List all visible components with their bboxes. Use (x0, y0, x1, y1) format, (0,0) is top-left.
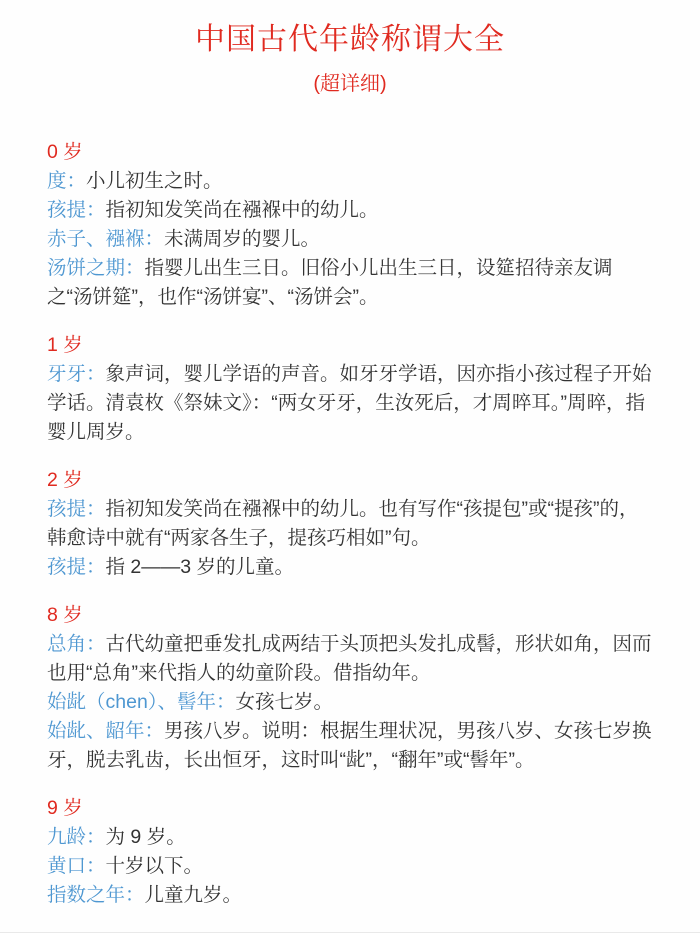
entry: 牙牙：象声词，婴儿学语的声音。如牙牙学语，因亦指小孩过程子开始学话。清袁枚《祭妹… (47, 360, 653, 447)
entry-term: 黄口： (47, 855, 106, 877)
entry-term: 指数之年： (47, 884, 145, 906)
entry: 汤饼之期：指婴儿出生三日。旧俗小儿出生三日，设筵招待亲友调之“汤饼筵”，也作“汤… (47, 254, 653, 312)
age-section: 0 岁 度：小儿初生之时。孩提：指初知发笑尚在襁褓中的幼儿。赤子、襁褓：未满周岁… (47, 138, 653, 312)
entry-text: 指初知发笑尚在襁褓中的幼儿。 (106, 199, 379, 221)
entry-term: 度： (47, 170, 86, 192)
section-age-heading: 9 岁 (47, 794, 653, 823)
entry-term: 汤饼之期： (47, 257, 145, 279)
section-age-heading: 8 岁 (47, 601, 653, 630)
entry-term: 总角： (47, 633, 106, 655)
age-section: 8 岁 总角：古代幼童把垂发扎成两结于头顶把头发扎成髻，形状如角，因而也用“总角… (47, 601, 653, 775)
entry-text: 未满周岁的婴儿。 (164, 228, 320, 250)
age-section: 1 岁 牙牙：象声词，婴儿学语的声音。如牙牙学语，因亦指小孩过程子开始学话。清袁… (47, 331, 653, 447)
entry-text: 小儿初生之时。 (86, 170, 223, 192)
entry: 始龀（chen）、髻年：女孩七岁。 (47, 688, 653, 717)
section-entries: 总角：古代幼童把垂发扎成两结于头顶把头发扎成髻，形状如角，因而也用“总角”来代指… (47, 630, 653, 775)
entry-text: 女孩七岁。 (236, 691, 334, 713)
entry-text: 指 2——3 岁的儿童。 (106, 556, 295, 578)
page-title: 中国古代年龄称谓大全 (47, 22, 653, 58)
entry-term: 孩提： (47, 556, 106, 578)
entry-term: 牙牙： (47, 363, 106, 385)
entry-term: 孩提： (47, 199, 106, 221)
entry-text: 为 9 岁。 (106, 826, 186, 848)
entry-term: 赤子、襁褓： (47, 228, 164, 250)
entry: 孩提：指 2——3 岁的儿童。 (47, 553, 653, 582)
entry-text: 象声词，婴儿学语的声音。如牙牙学语，因亦指小孩过程子开始学话。清袁枚《祭妹文》：… (47, 363, 652, 443)
section-age-heading: 1 岁 (47, 331, 653, 360)
page-subtitle: (超详细) (47, 72, 653, 96)
section-age-heading: 2 岁 (47, 466, 653, 495)
section-entries: 孩提：指初知发笑尚在襁褓中的幼儿。也有写作“孩提包”或“提孩”的，韩愈诗中就有“… (47, 495, 653, 582)
entry: 总角：古代幼童把垂发扎成两结于头顶把头发扎成髻，形状如角，因而也用“总角”来代指… (47, 630, 653, 688)
entry: 黄口：十岁以下。 (47, 852, 653, 881)
entry-term: 始龀（chen）、髻年： (47, 691, 236, 713)
entry-term: 始龀、龆年： (47, 720, 164, 742)
entry: 九龄：为 9 岁。 (47, 823, 653, 852)
entry-term: 孩提： (47, 498, 106, 520)
entry: 孩提：指初知发笑尚在襁褓中的幼儿。 (47, 196, 653, 225)
section-entries: 度：小儿初生之时。孩提：指初知发笑尚在襁褓中的幼儿。赤子、襁褓：未满周岁的婴儿。… (47, 167, 653, 312)
entry-text: 儿童九岁。 (145, 884, 243, 906)
entry: 始龀、龆年：男孩八岁。说明：根据生理状况，男孩八岁、女孩七岁换牙，脱去乳齿，长出… (47, 717, 653, 775)
sections: 0 岁 度：小儿初生之时。孩提：指初知发笑尚在襁褓中的幼儿。赤子、襁褓：未满周岁… (47, 138, 653, 910)
entry: 赤子、襁褓：未满周岁的婴儿。 (47, 225, 653, 254)
age-section: 9 岁 九龄：为 9 岁。黄口：十岁以下。指数之年：儿童九岁。 (47, 794, 653, 910)
section-entries: 牙牙：象声词，婴儿学语的声音。如牙牙学语，因亦指小孩过程子开始学话。清袁枚《祭妹… (47, 360, 653, 447)
entry-text: 十岁以下。 (106, 855, 204, 877)
entry-text: 古代幼童把垂发扎成两结于头顶把头发扎成髻，形状如角，因而也用“总角”来代指人的幼… (47, 633, 652, 684)
entry: 指数之年：儿童九岁。 (47, 881, 653, 910)
section-age-heading: 0 岁 (47, 138, 653, 167)
document-page: 中国古代年龄称谓大全 (超详细) 0 岁 度：小儿初生之时。孩提：指初知发笑尚在… (0, 0, 700, 933)
entry-term: 九龄： (47, 826, 106, 848)
entry-text: 指初知发笑尚在襁褓中的幼儿。也有写作“孩提包”或“提孩”的，韩愈诗中就有“两家各… (47, 498, 639, 549)
age-section: 2 岁 孩提：指初知发笑尚在襁褓中的幼儿。也有写作“孩提包”或“提孩”的，韩愈诗… (47, 466, 653, 582)
section-entries: 九龄：为 9 岁。黄口：十岁以下。指数之年：儿童九岁。 (47, 823, 653, 910)
entry: 度：小儿初生之时。 (47, 167, 653, 196)
entry: 孩提：指初知发笑尚在襁褓中的幼儿。也有写作“孩提包”或“提孩”的，韩愈诗中就有“… (47, 495, 653, 553)
